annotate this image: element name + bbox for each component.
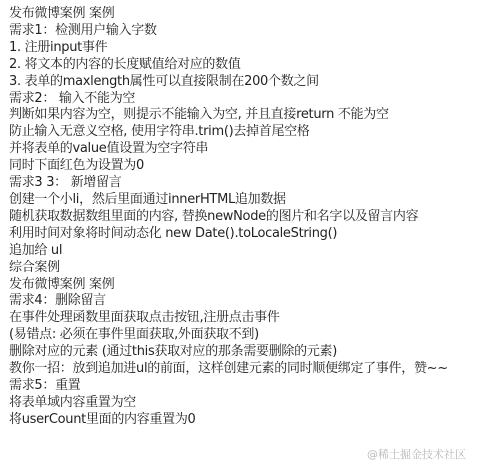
doc-line: 教你一招：放到追加进ul的前面，这样创建元素的同时顺便绑定了事件，赞~~ (9, 361, 476, 378)
doc-line: 判断如果内容为空，则提示不能输入为空, 并且直接return 不能为空 (9, 107, 476, 124)
doc-line: 删除对应的元素 (通过this获取对应的那条需要删除的元素) (9, 344, 476, 361)
requirement-heading: 需求1：检测用户输入字数 (9, 23, 476, 40)
doc-line: 2. 将文本的内容的长度赋值给对应的数值 (9, 57, 476, 74)
doc-line: 3. 表单的maxlength属性可以直接限制在200个数之间 (9, 74, 476, 91)
doc-line: 将userCount里面的内容重置为0 (9, 412, 476, 429)
section-heading: 综合案例 (9, 260, 476, 277)
doc-line: 随机获取数据数组里面的内容, 替换newNode的图片和名字以及留言内容 (9, 209, 476, 226)
requirement-heading: 需求5：重置 (9, 378, 476, 395)
doc-line: 1. 注册input事件 (9, 40, 476, 57)
document-body: 发布微博案例 案例 需求1：检测用户输入字数 1. 注册input事件 2. 将… (9, 6, 476, 429)
doc-line: 创建一个小li，然后里面通过innerHTML追加数据 (9, 192, 476, 209)
doc-line: 追加给 ul (9, 243, 476, 260)
doc-line: 利用时间对象将时间动态化 new Date().toLocaleString() (9, 226, 476, 243)
doc-line: 将表单域内容重置为空 (9, 395, 476, 412)
requirement-heading: 需求4：删除留言 (9, 293, 476, 310)
requirement-heading: 需求3 3： 新增留言 (9, 175, 476, 192)
requirement-heading: 需求2： 输入不能为空 (9, 91, 476, 108)
doc-title: 发布微博案例 案例 (9, 6, 476, 23)
doc-title: 发布微博案例 案例 (9, 277, 476, 294)
watermark: @稀土掘金技术社区 (367, 446, 466, 462)
doc-line: 并将表单的value值设置为空字符串 (9, 141, 476, 158)
doc-line: (易错点: 必须在事件里面获取,外面获取不到) (9, 327, 476, 344)
doc-line: 防止输入无意义空格, 使用字符串.trim()去掉首尾空格 (9, 124, 476, 141)
doc-line: 同时下面红色为设置为0 (9, 158, 476, 175)
doc-line: 在事件处理函数里面获取点击按钮,注册点击事件 (9, 310, 476, 327)
